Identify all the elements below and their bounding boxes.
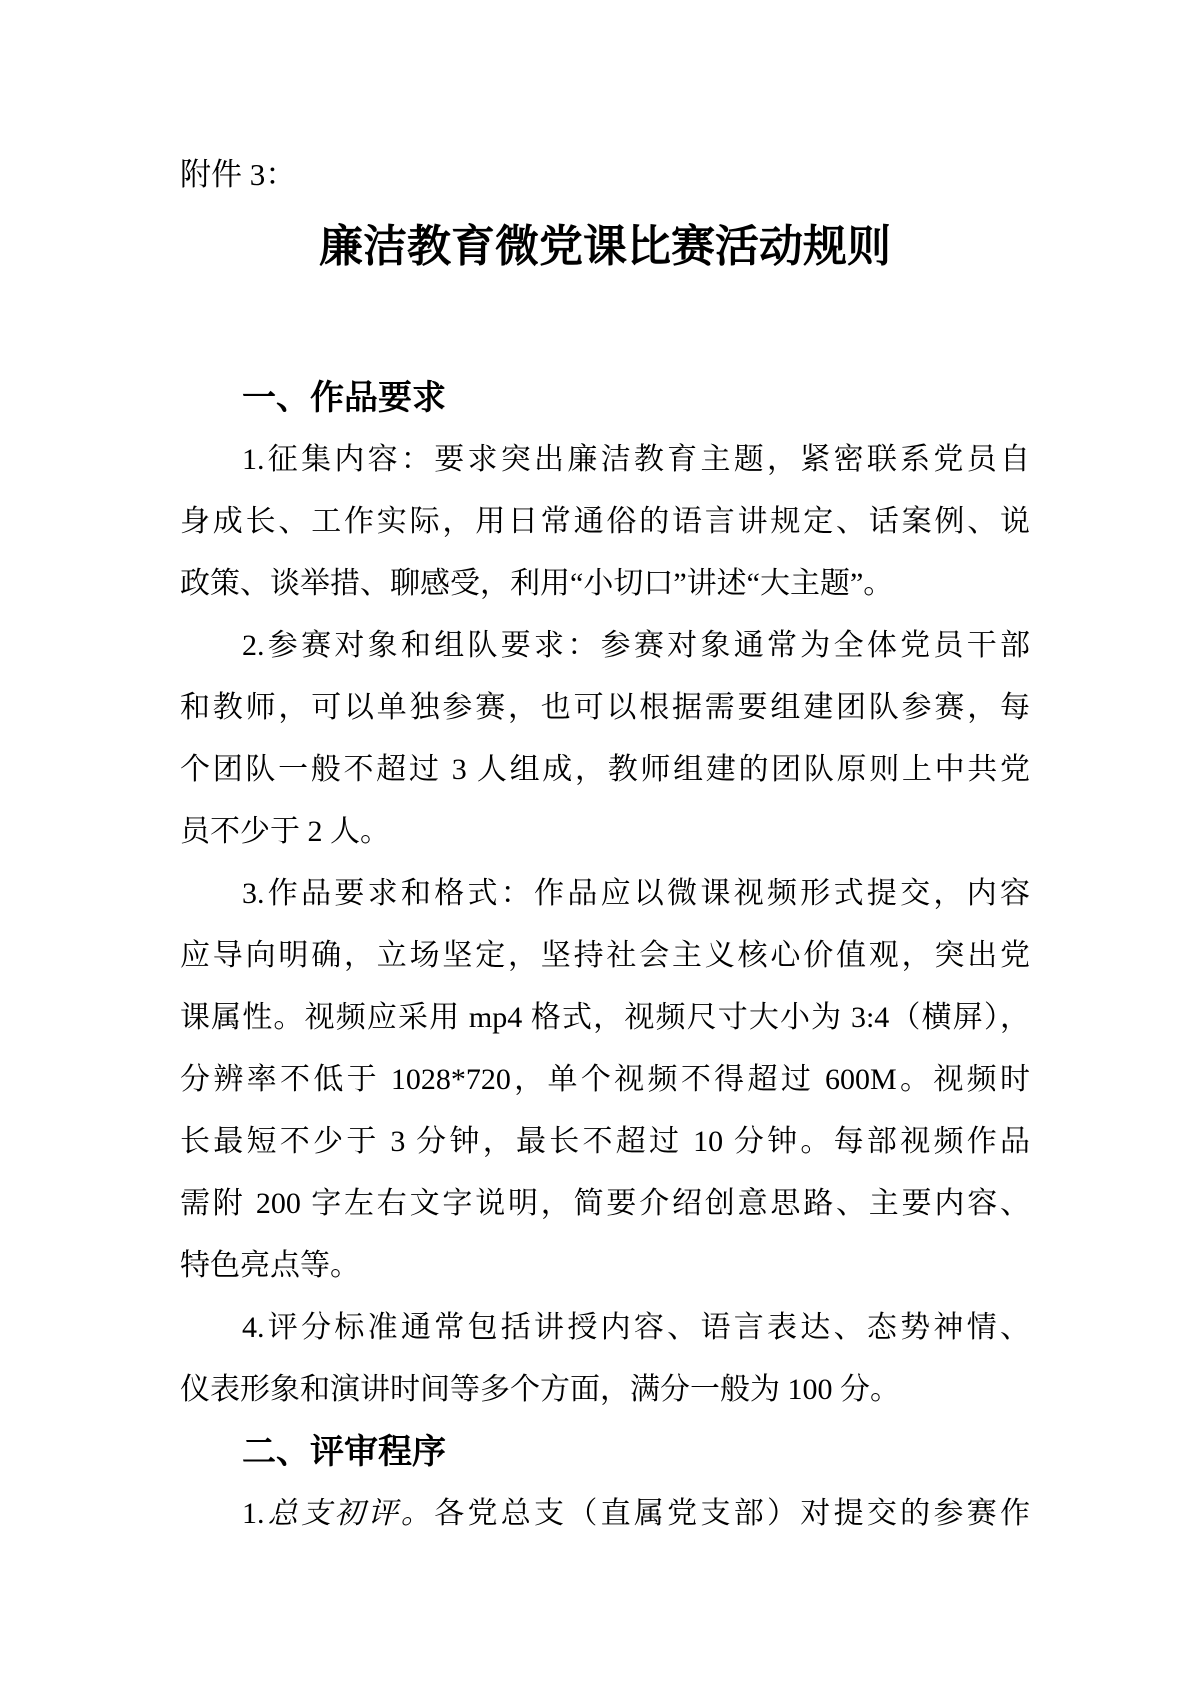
text-line: 分辨率不低于 1028*720，单个视频不得超过 600M。视频时 <box>180 1049 1030 1111</box>
document-body: 一、作品要求1.征集内容：要求突出廉洁教育主题，紧密联系党员自身成长、工作实际，… <box>180 367 1030 1545</box>
text-line: 和教师，可以单独参赛，也可以根据需要组建团队参赛，每 <box>180 677 1030 739</box>
text-segment: 1. <box>242 1497 265 1530</box>
text-line: 4.评分标准通常包括讲授内容、语言表达、态势神情、 <box>180 1297 1030 1359</box>
text-line: 需附 200 字左右文字说明，简要介绍创意思路、主要内容、 <box>180 1173 1030 1235</box>
text-line: 应导向明确，立场坚定，坚持社会主义核心价值观，突出党 <box>180 925 1030 987</box>
text-line: 课属性。视频应采用 mp4 格式，视频尺寸大小为 3:4（横屏）， <box>180 987 1030 1049</box>
text-line: 员不少于 2 人。 <box>180 801 1030 863</box>
text-line: 仪表形象和演讲时间等多个方面，满分一般为 100 分。 <box>180 1359 1030 1421</box>
text-line: 个团队一般不超过 3 人组成，教师组建的团队原则上中共党 <box>180 739 1030 801</box>
text-line: 1.总支初评。各党总支（直属党支部）对提交的参赛作 <box>180 1483 1030 1545</box>
document-page: 附件 3： 廉洁教育微党课比赛活动规则 一、作品要求1.征集内容：要求突出廉洁教… <box>0 0 1191 1684</box>
attachment-label: 附件 3： <box>180 158 1030 191</box>
text-line: 2.参赛对象和组队要求：参赛对象通常为全体党员干部 <box>180 615 1030 677</box>
document-title: 廉洁教育微党课比赛活动规则 <box>180 225 1030 269</box>
text-line: 长最短不少于 3 分钟，最长不超过 10 分钟。每部视频作品 <box>180 1111 1030 1173</box>
section-heading: 一、作品要求 <box>180 367 1030 429</box>
text-line: 3.作品要求和格式：作品应以微课视频形式提交，内容 <box>180 863 1030 925</box>
text-segment: 各党总支（直属党支部）对提交的参赛作 <box>434 1497 1030 1530</box>
section-heading: 二、评审程序 <box>180 1421 1030 1483</box>
text-line: 身成长、工作实际，用日常通俗的语言讲规定、话案例、说 <box>180 491 1030 553</box>
text-line: 1.征集内容：要求突出廉洁教育主题，紧密联系党员自 <box>180 429 1030 491</box>
text-line: 政策、谈举措、聊感受，利用“小切口”讲述“大主题”。 <box>180 553 1030 615</box>
text-line: 特色亮点等。 <box>180 1235 1030 1297</box>
kaiti-emphasis: 总支初评。 <box>265 1497 435 1530</box>
